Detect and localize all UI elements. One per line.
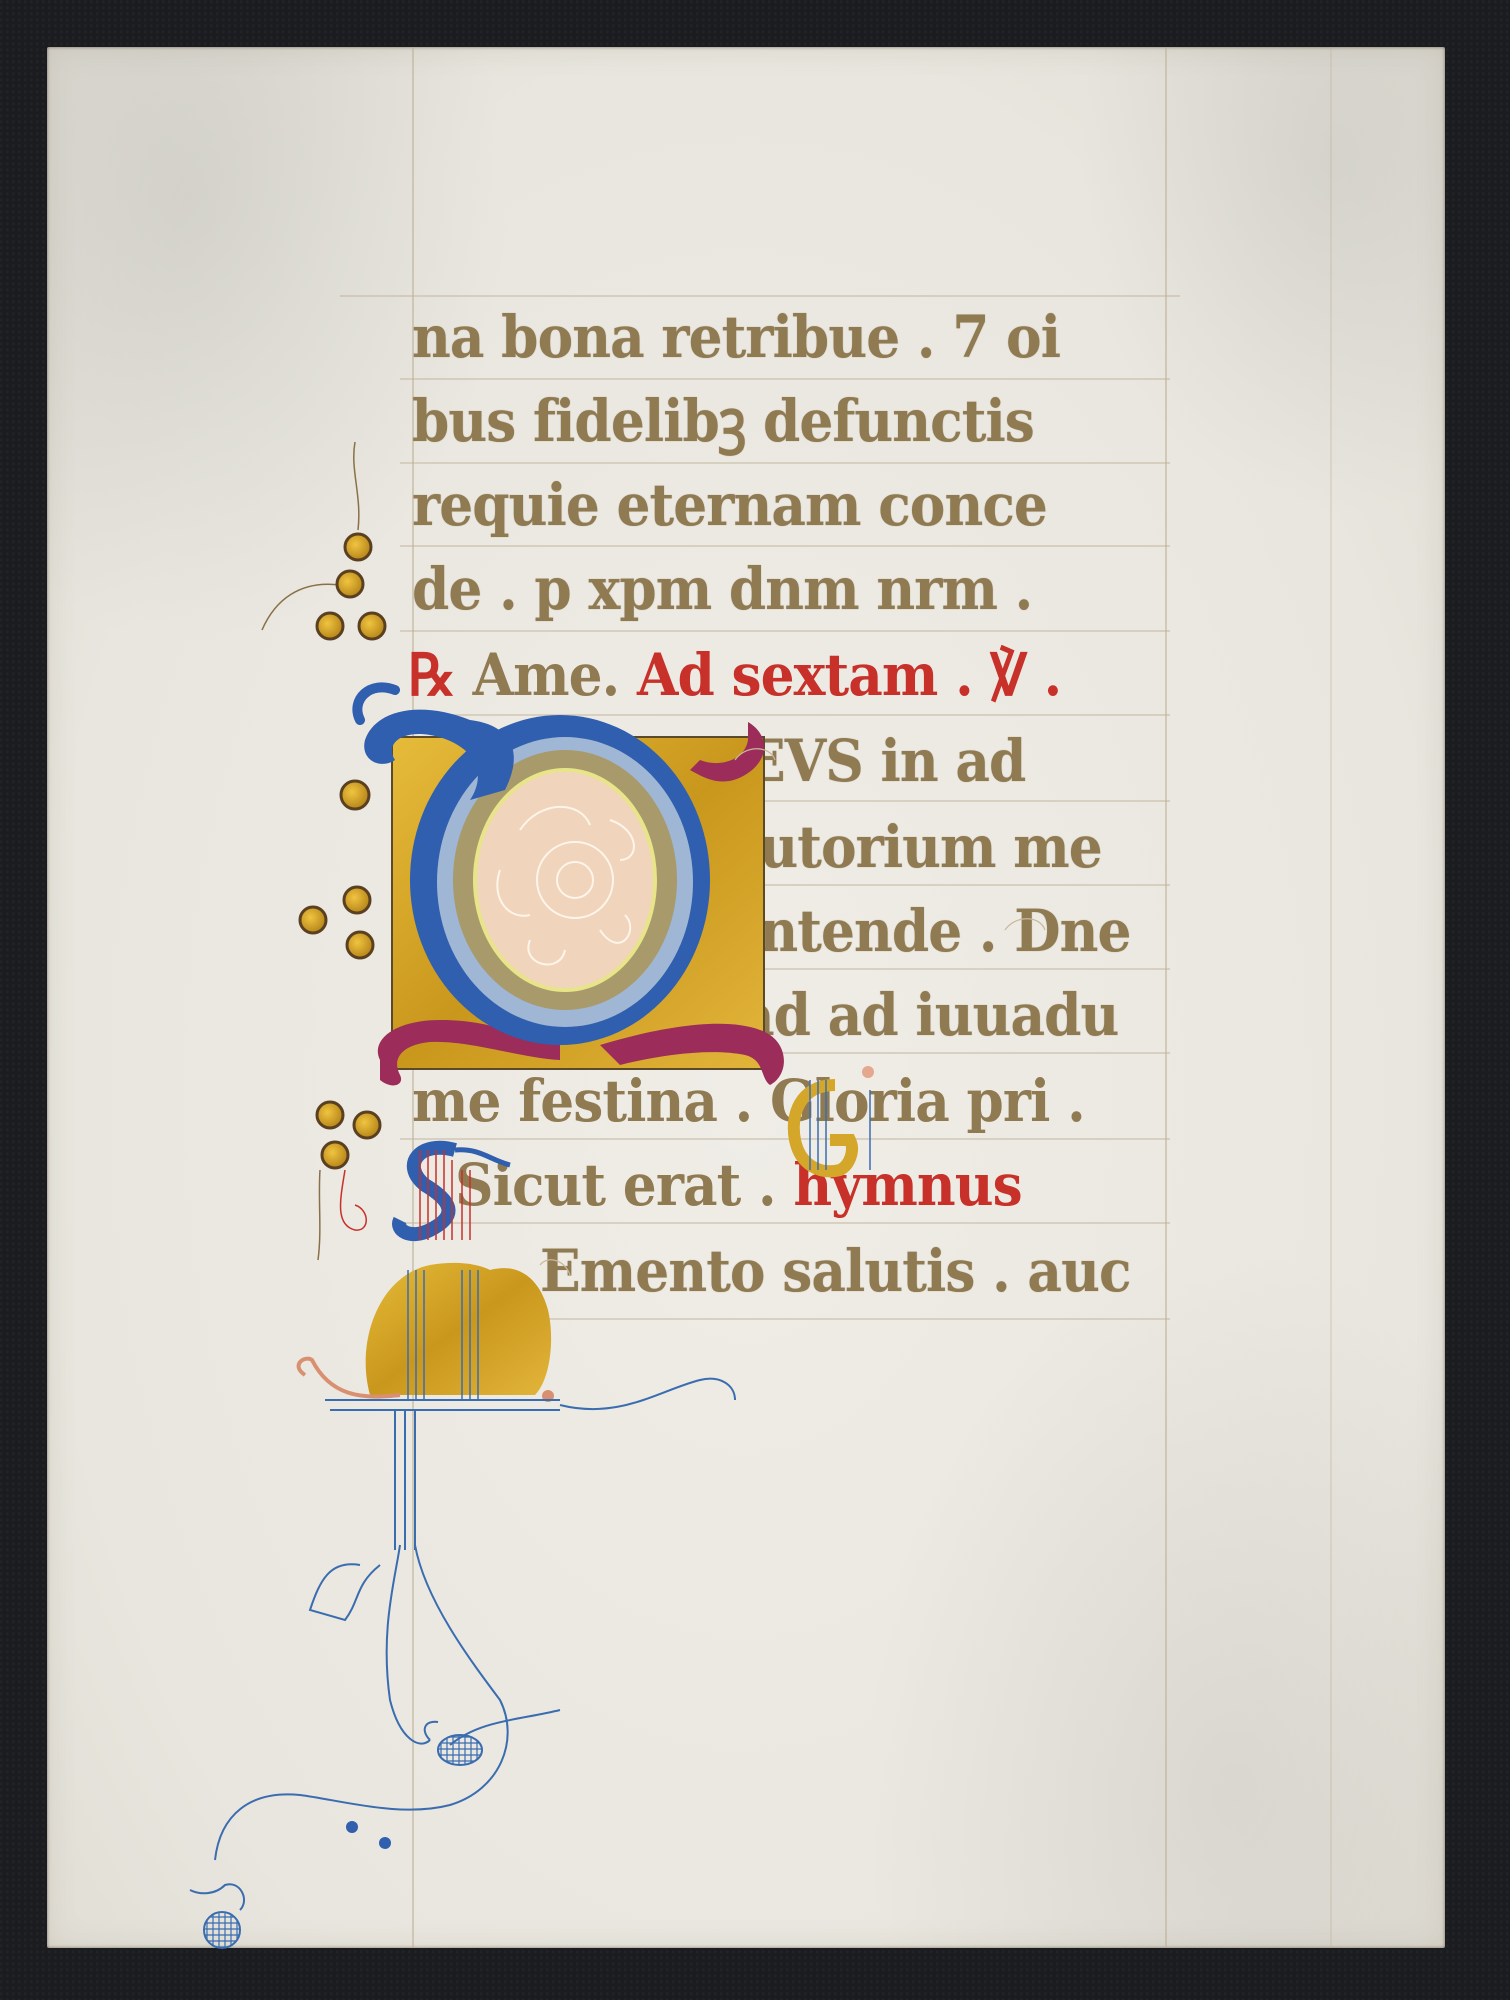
text-line-5-rubric: ℞ Ame. Ad sextam . ℣ . [408, 646, 1061, 704]
ruling-line [400, 462, 1170, 464]
ruling-top [340, 295, 1180, 297]
ruling-right [1165, 47, 1167, 1948]
ruling-line [400, 378, 1170, 380]
text-line-7: iutorium me [740, 818, 1102, 876]
text-line-11: Sicut erat . hymnus [455, 1156, 1022, 1214]
text-line-12: Emento salutis . auc [540, 1242, 1131, 1300]
text-line-6: EVS in ad [745, 732, 1025, 790]
text-line-3: requie eternam conce [412, 476, 1047, 534]
me-festina: me festina . [412, 1067, 770, 1135]
text-line-9: ad ad iuuadu [740, 986, 1118, 1044]
gloria-patri: Gloria pri . [770, 1067, 1085, 1135]
sicut-erat: Sicut erat . [455, 1151, 793, 1219]
ruling-line [400, 1222, 1170, 1224]
ruling-line [400, 545, 1170, 547]
text-line-8: intende . Dne [740, 902, 1131, 960]
ruling-line [740, 884, 1170, 886]
text-line-1: na bona retribue . 7 oi [412, 308, 1060, 366]
amen-word: Ame. [473, 641, 637, 709]
text-line-10: me festina . Gloria pri . [412, 1072, 1085, 1130]
hymnus-rubric: hymnus [793, 1151, 1021, 1219]
ad-sextam-rubric: Ad sextam . ℣ . [637, 641, 1061, 709]
text-line-2: bus fidelibꝫ defunctis [412, 392, 1034, 450]
ruling-line [740, 800, 1170, 802]
ruling-line [740, 968, 1170, 970]
ruling-line [400, 1052, 1170, 1054]
response-sign: ℞ [408, 641, 473, 709]
ruling-line [400, 714, 1170, 716]
ruling-line [400, 1318, 1170, 1320]
ruling-line [400, 630, 1170, 632]
ruling-far-right [1330, 47, 1332, 1948]
text-line-4: de . p xpm dnm nrm . [412, 560, 1032, 618]
ruling-line [400, 1138, 1170, 1140]
